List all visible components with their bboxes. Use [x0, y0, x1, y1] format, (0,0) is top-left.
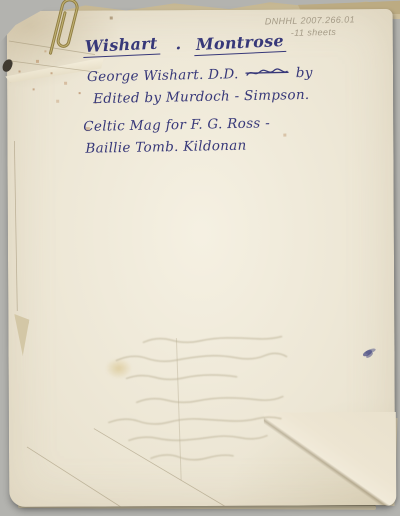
title-line: Wishart.Montrose [83, 32, 286, 57]
author-suffix: by [296, 65, 313, 81]
ink-blot [360, 345, 378, 359]
sheet-count-note: -11 sheets [291, 27, 337, 38]
title-separator: . [175, 34, 181, 53]
author-text: George Wishart. D.D. [87, 66, 239, 85]
accession-number: DNHHL 2007.266.01 [265, 14, 355, 26]
scored-out-word [245, 65, 289, 79]
scanned-document-photo: DNHHL 2007.266.01 -11 sheets Wishart.Mon… [0, 0, 400, 516]
title-word-montrose: Montrose [193, 31, 286, 56]
manuscript-cover-page: DNHHL 2007.266.01 -11 sheets Wishart.Mon… [7, 9, 396, 507]
note-line-baillie: Baillie Tomb. Kildonan [85, 138, 246, 157]
title-word-wishart: Wishart [82, 34, 160, 58]
show-through-writing [7, 9, 396, 507]
